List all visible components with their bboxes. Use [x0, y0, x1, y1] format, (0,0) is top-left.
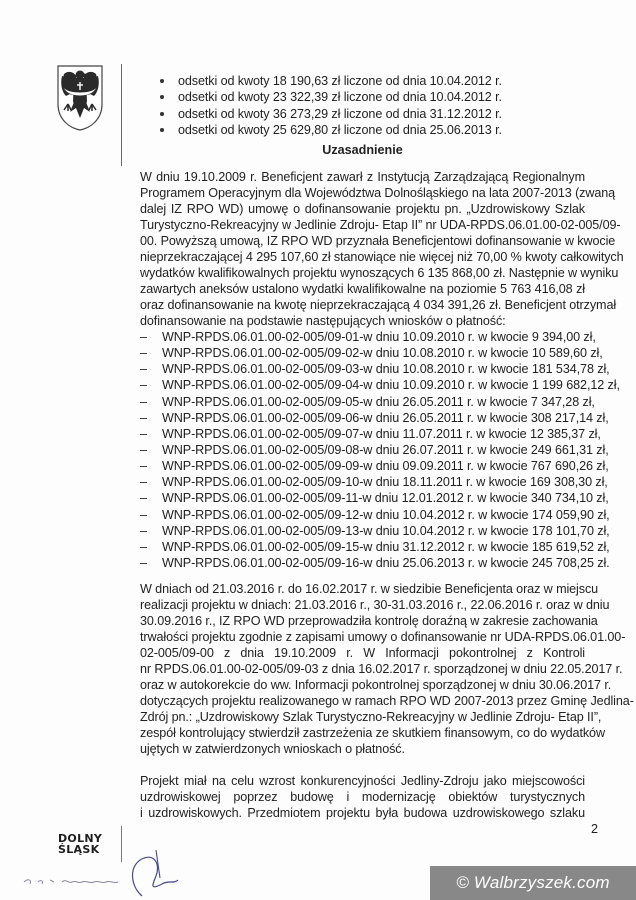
paragraph-control-findings: W dniach od 21.03.2016 r. do 16.02.2017 …: [140, 581, 585, 757]
coat-of-arms-icon: [56, 64, 104, 132]
list-item: WNP-RPDS.06.01.00-02-005/09-05-w dniu 26…: [140, 394, 585, 410]
payment-requests-list: WNP-RPDS.06.01.00-02-005/09-01-w dniu 10…: [140, 329, 585, 571]
text-line: dotyczących projektu realizowanego w ram…: [140, 693, 585, 709]
list-item: WNP-RPDS.06.01.00-02-005/09-16-w dniu 25…: [140, 555, 585, 571]
list-item: WNP-RPDS.06.01.00-02-005/09-03-w dniu 10…: [140, 361, 585, 377]
text-line: nr RPDS.06.01.00-02-005/09-03 z dnia 16.…: [140, 661, 585, 677]
paragraph-project-goal: Projekt miał na celu wzrost konkurencyjn…: [140, 773, 585, 821]
text-line: zespół kontrolujący stwierdził zastrzeże…: [140, 725, 585, 741]
list-item: odsetki od kwoty 18 190,63 zł liczone od…: [160, 73, 560, 89]
text-line: oraz w autokorekcie do ww. Informacji po…: [140, 677, 585, 693]
text-line: 02-005/09-00 z dnia 19.10.2009 r. W Info…: [140, 645, 585, 661]
list-item: WNP-RPDS.06.01.00-02-005/09-01-w dniu 10…: [140, 329, 585, 345]
text-line: W dniach od 21.03.2016 r. do 16.02.2017 …: [140, 581, 585, 597]
text-line: uzdrowiskowej poprzez budowę i moderniza…: [140, 789, 585, 805]
interest-list: odsetki od kwoty 18 190,63 zł liczone od…: [160, 73, 560, 138]
text-line: ujętych w zatwierdzonych wnioskach o pła…: [140, 741, 585, 757]
page-number: 2: [591, 822, 598, 836]
header-divider: [121, 64, 122, 166]
text-line: Projekt miał na celu wzrost konkurencyjn…: [140, 773, 585, 789]
list-item: WNP-RPDS.06.01.00-02-005/09-10-w dniu 18…: [140, 474, 585, 490]
text-line: 00. Powyższą umową, IZ RPO WD przyznała …: [140, 233, 585, 249]
list-item: WNP-RPDS.06.01.00-02-005/09-09-w dniu 09…: [140, 458, 585, 474]
list-item: odsetki od kwoty 36 273,29 zł liczone od…: [160, 106, 560, 122]
text-line: trwałości projektu zgodnie z zapisami um…: [140, 629, 585, 645]
text-line: dalej IZ RPO WD) umowę o dofinansowanie …: [140, 201, 585, 217]
text-line: realizacji projektu w dniach: 21.03.2016…: [140, 597, 585, 613]
text-line: W dniu 19.10.2009 r. Beneficjent zawarł …: [140, 169, 585, 185]
section-title: Uzasadnienie: [140, 143, 585, 157]
list-item: odsetki od kwoty 25 629,80 zł liczone od…: [160, 122, 560, 138]
paragraph-justification-intro: W dniu 19.10.2009 r. Beneficjent zawarł …: [140, 169, 585, 329]
list-item: WNP-RPDS.06.01.00-02-005/09-15-w dniu 31…: [140, 539, 585, 555]
list-item: WNP-RPDS.06.01.00-02-005/09-12-w dniu 10…: [140, 507, 585, 523]
text-line: i uzdrowiskowych. Przedmiotem projektu b…: [140, 805, 585, 821]
list-item: WNP-RPDS.06.01.00-02-005/09-13-w dniu 10…: [140, 523, 585, 539]
list-item: WNP-RPDS.06.01.00-02-005/09-02-w dniu 10…: [140, 345, 585, 361]
text-line: zawartych aneksów ustalono wydatki kwali…: [140, 281, 585, 297]
text-line: dofinansowanie na podstawie następującyc…: [140, 313, 585, 329]
document-page: odsetki od kwoty 18 190,63 zł liczone od…: [0, 0, 636, 900]
list-item: WNP-RPDS.06.01.00-02-005/09-07-w dniu 11…: [140, 426, 585, 442]
text-line: oraz dofinansowanie na kwotę nieprzekrac…: [140, 297, 585, 313]
list-item: WNP-RPDS.06.01.00-02-005/09-06-w dniu 26…: [140, 410, 585, 426]
text-line: wydatków kwalifikowalnych projektu wynos…: [140, 265, 585, 281]
list-item: WNP-RPDS.06.01.00-02-005/09-08-w dniu 26…: [140, 442, 585, 458]
copyright-watermark: © Walbrzyszek.com: [430, 866, 636, 900]
signature-icon: [10, 850, 210, 900]
text-line: Programem Operacyjnym dla Województwa Do…: [140, 185, 585, 201]
text-line: 30.09.2016 r., IZ RPO WD przeprowadziła …: [140, 613, 585, 629]
text-line: nieprzekraczającej 4 295 107,60 zł stano…: [140, 249, 585, 265]
text-line: Turystyczno-Rekreacyjny w Jedlinie Zdroj…: [140, 217, 585, 233]
list-item: WNP-RPDS.06.01.00-02-005/09-11-w dniu 12…: [140, 490, 585, 506]
list-item: odsetki od kwoty 23 322,39 zł liczone od…: [160, 89, 560, 105]
text-line: Zdrój pn.: „Uzdrowiskowy Szlak Turystycz…: [140, 709, 585, 725]
list-item: WNP-RPDS.06.01.00-02-005/09-04-w dniu 10…: [140, 377, 585, 393]
